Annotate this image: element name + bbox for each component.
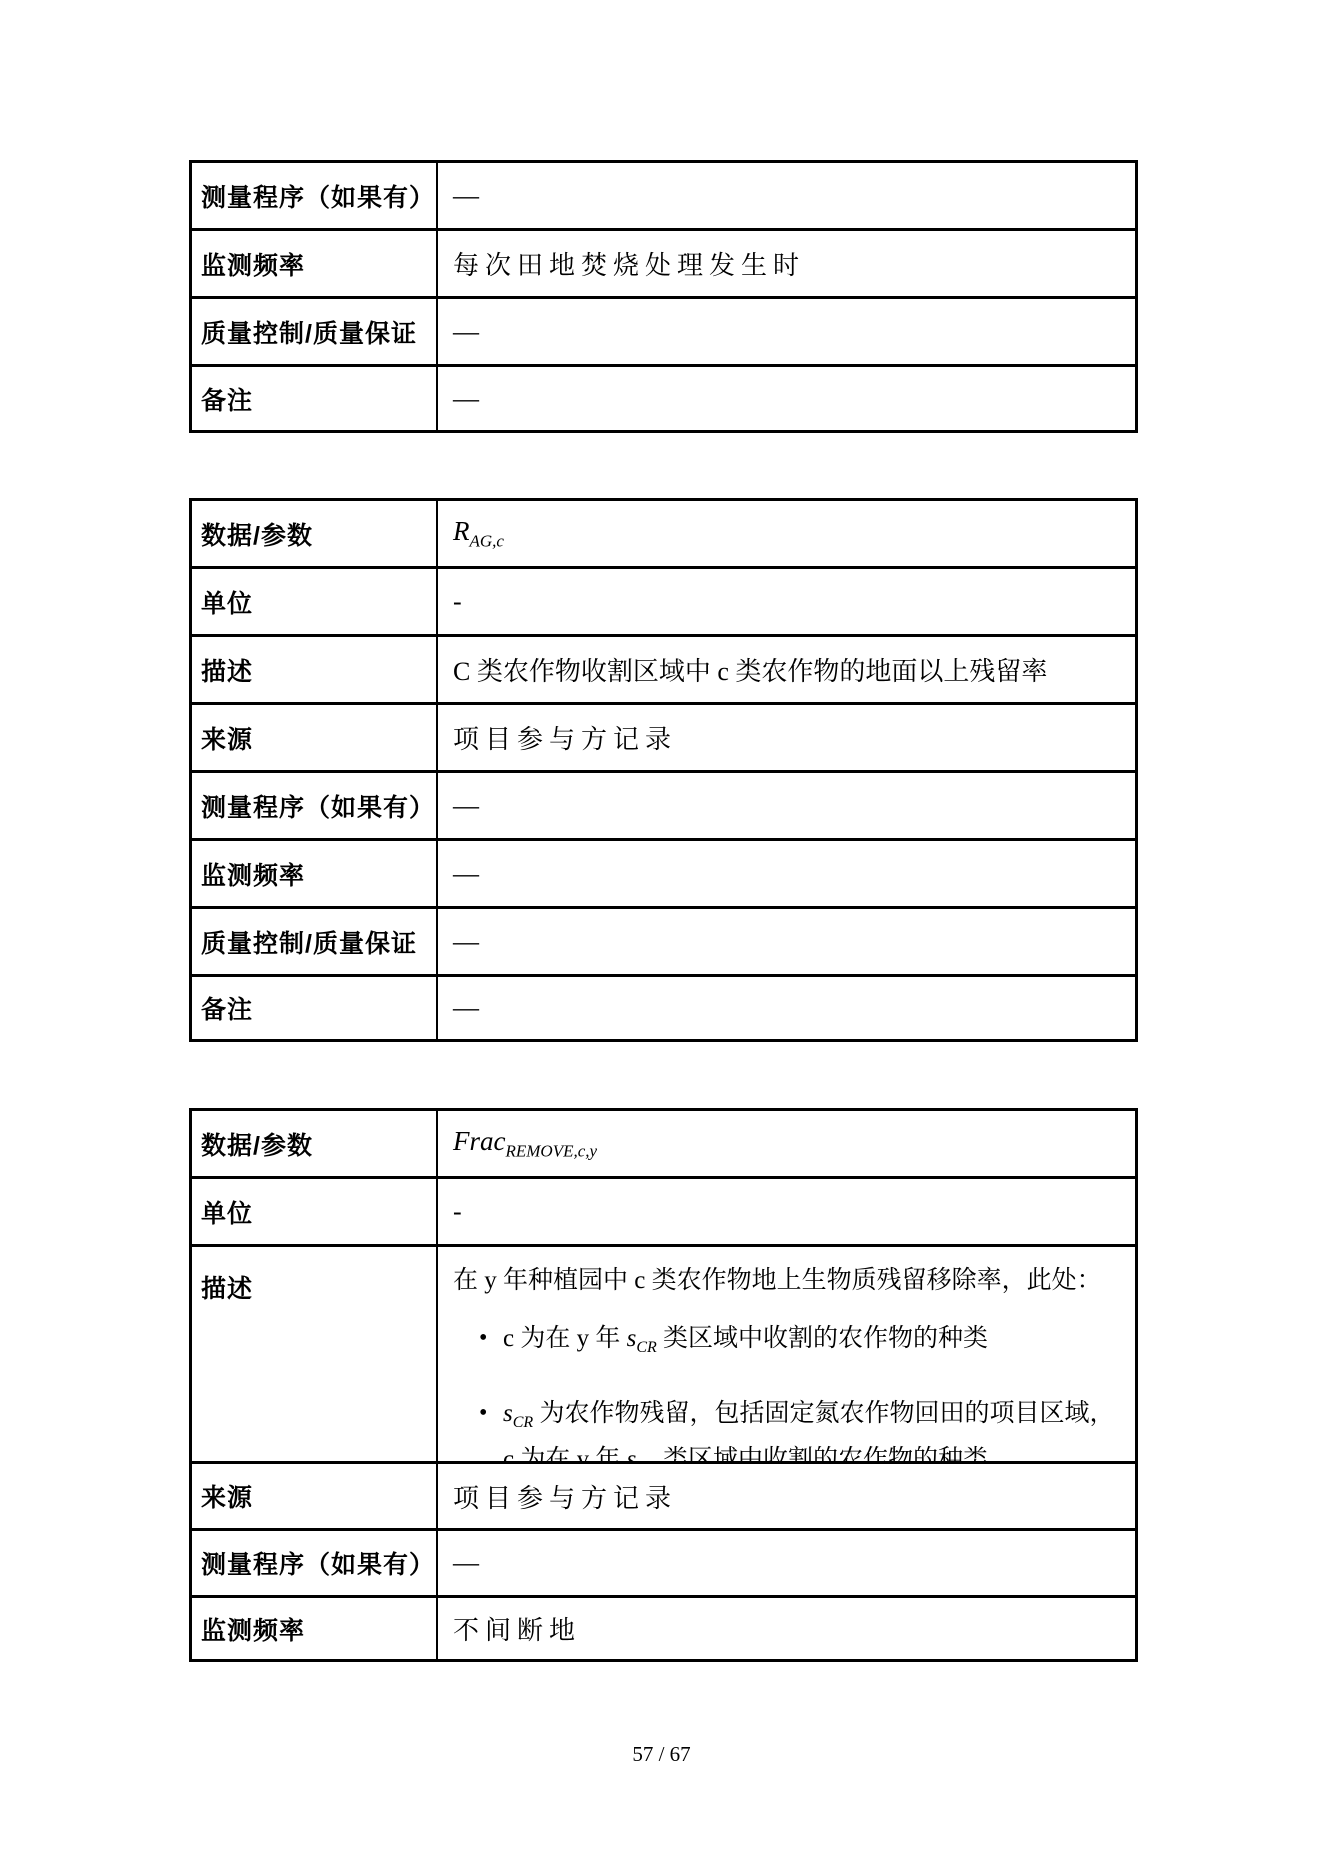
table-row: 数据/参数 FracREMOVE,c,y: [192, 1111, 1135, 1179]
table-row: 来源 项目参与方记录: [192, 1464, 1135, 1531]
table-row: 单位 -: [192, 569, 1135, 637]
table-row: 质量控制/质量保证 —: [192, 909, 1135, 977]
bullet-icon: [479, 1395, 503, 1464]
bullet-icon: [479, 1320, 503, 1366]
table-row: 描述 在 y 年种植园中 c 类农作物地上生物质残留移除率，此处： c 为在 y…: [192, 1247, 1135, 1464]
row-value: —: [438, 977, 1135, 1039]
table-row: 监测频率 —: [192, 841, 1135, 909]
row-label: 来源: [192, 1464, 438, 1528]
row-value: RAG,c: [438, 501, 1135, 566]
table-row: 测量程序（如果有） —: [192, 1531, 1135, 1598]
row-label: 测量程序（如果有）: [192, 773, 438, 838]
row-value: —: [438, 909, 1135, 974]
row-value: —: [438, 841, 1135, 906]
row-label: 描述: [192, 1247, 438, 1461]
variable-scr: sCR: [627, 1325, 657, 1352]
row-value: —: [438, 299, 1135, 364]
parameter-symbol: FracREMOVE,c,y: [453, 1126, 597, 1161]
row-value: -: [438, 1179, 1135, 1244]
row-value: -: [438, 569, 1135, 634]
table-row: 备注 —: [192, 367, 1135, 433]
row-label: 测量程序（如果有）: [192, 163, 438, 228]
row-label: 数据/参数: [192, 1111, 438, 1176]
table-row: 备注 —: [192, 977, 1135, 1042]
parameter-table-3: 数据/参数 FracREMOVE,c,y 单位 - 描述 在 y 年种植园中 c…: [189, 1108, 1138, 1662]
variable-scr: sCR: [627, 1446, 657, 1464]
row-value: —: [438, 773, 1135, 838]
table-row: 质量控制/质量保证 —: [192, 299, 1135, 367]
table-row: 测量程序（如果有） —: [192, 163, 1135, 231]
row-label: 单位: [192, 1179, 438, 1244]
row-value: FracREMOVE,c,y: [438, 1111, 1135, 1176]
row-value: 在 y 年种植园中 c 类农作物地上生物质残留移除率，此处： c 为在 y 年 …: [438, 1247, 1135, 1461]
bullet-text: sCR 为农作物残留，包括固定氮农作物回田的项目区域，c 为在 y 年 sCR …: [503, 1395, 1115, 1464]
table-row: 描述 C 类农作物收割区域中 c 类农作物的地面以上残留率: [192, 637, 1135, 705]
row-label: 监测频率: [192, 231, 438, 296]
description-bullet-2: sCR 为农作物残留，包括固定氮农作物回田的项目区域，c 为在 y 年 sCR …: [453, 1395, 1115, 1464]
document-page: 测量程序（如果有） — 监测频率 每次田地焚烧处理发生时 质量控制/质量保证 —…: [0, 0, 1323, 1871]
table-row: 来源 项目参与方记录: [192, 705, 1135, 773]
table-row: 数据/参数 RAG,c: [192, 501, 1135, 569]
table-row: 监测频率 不间断地: [192, 1598, 1135, 1662]
row-label: 数据/参数: [192, 501, 438, 566]
row-label: 监测频率: [192, 1598, 438, 1659]
row-value: C 类农作物收割区域中 c 类农作物的地面以上残留率: [438, 637, 1135, 702]
page-number: 57 / 67: [0, 1742, 1323, 1767]
parameter-table-1: 测量程序（如果有） — 监测频率 每次田地焚烧处理发生时 质量控制/质量保证 —…: [189, 160, 1138, 433]
table-row: 测量程序（如果有） —: [192, 773, 1135, 841]
row-label: 质量控制/质量保证: [192, 909, 438, 974]
row-label: 测量程序（如果有）: [192, 1531, 438, 1595]
row-value: 项目参与方记录: [438, 705, 1135, 770]
row-value: 项目参与方记录: [438, 1464, 1135, 1528]
row-value: —: [438, 163, 1135, 228]
description-bullet-1: c 为在 y 年 sCR 类区域中收割的农作物的种类: [453, 1320, 1115, 1366]
row-label: 描述: [192, 637, 438, 702]
row-label: 备注: [192, 367, 438, 430]
row-label: 监测频率: [192, 841, 438, 906]
row-label: 来源: [192, 705, 438, 770]
table-row: 单位 -: [192, 1179, 1135, 1247]
row-value: —: [438, 367, 1135, 430]
variable-scr: sCR: [503, 1400, 533, 1427]
parameter-table-2: 数据/参数 RAG,c 单位 - 描述 C 类农作物收割区域中 c 类农作物的地…: [189, 498, 1138, 1042]
parameter-symbol: RAG,c: [453, 516, 504, 551]
row-value: —: [438, 1531, 1135, 1595]
table-row: 监测频率 每次田地焚烧处理发生时: [192, 231, 1135, 299]
row-value: 不间断地: [438, 1598, 1135, 1659]
row-label: 质量控制/质量保证: [192, 299, 438, 364]
bullet-text: c 为在 y 年 sCR 类区域中收割的农作物的种类: [503, 1320, 1115, 1366]
description-intro: 在 y 年种植园中 c 类农作物地上生物质残留移除率，此处：: [453, 1264, 1115, 1297]
row-value: 每次田地焚烧处理发生时: [438, 231, 1135, 296]
row-label: 备注: [192, 977, 438, 1039]
row-label: 单位: [192, 569, 438, 634]
